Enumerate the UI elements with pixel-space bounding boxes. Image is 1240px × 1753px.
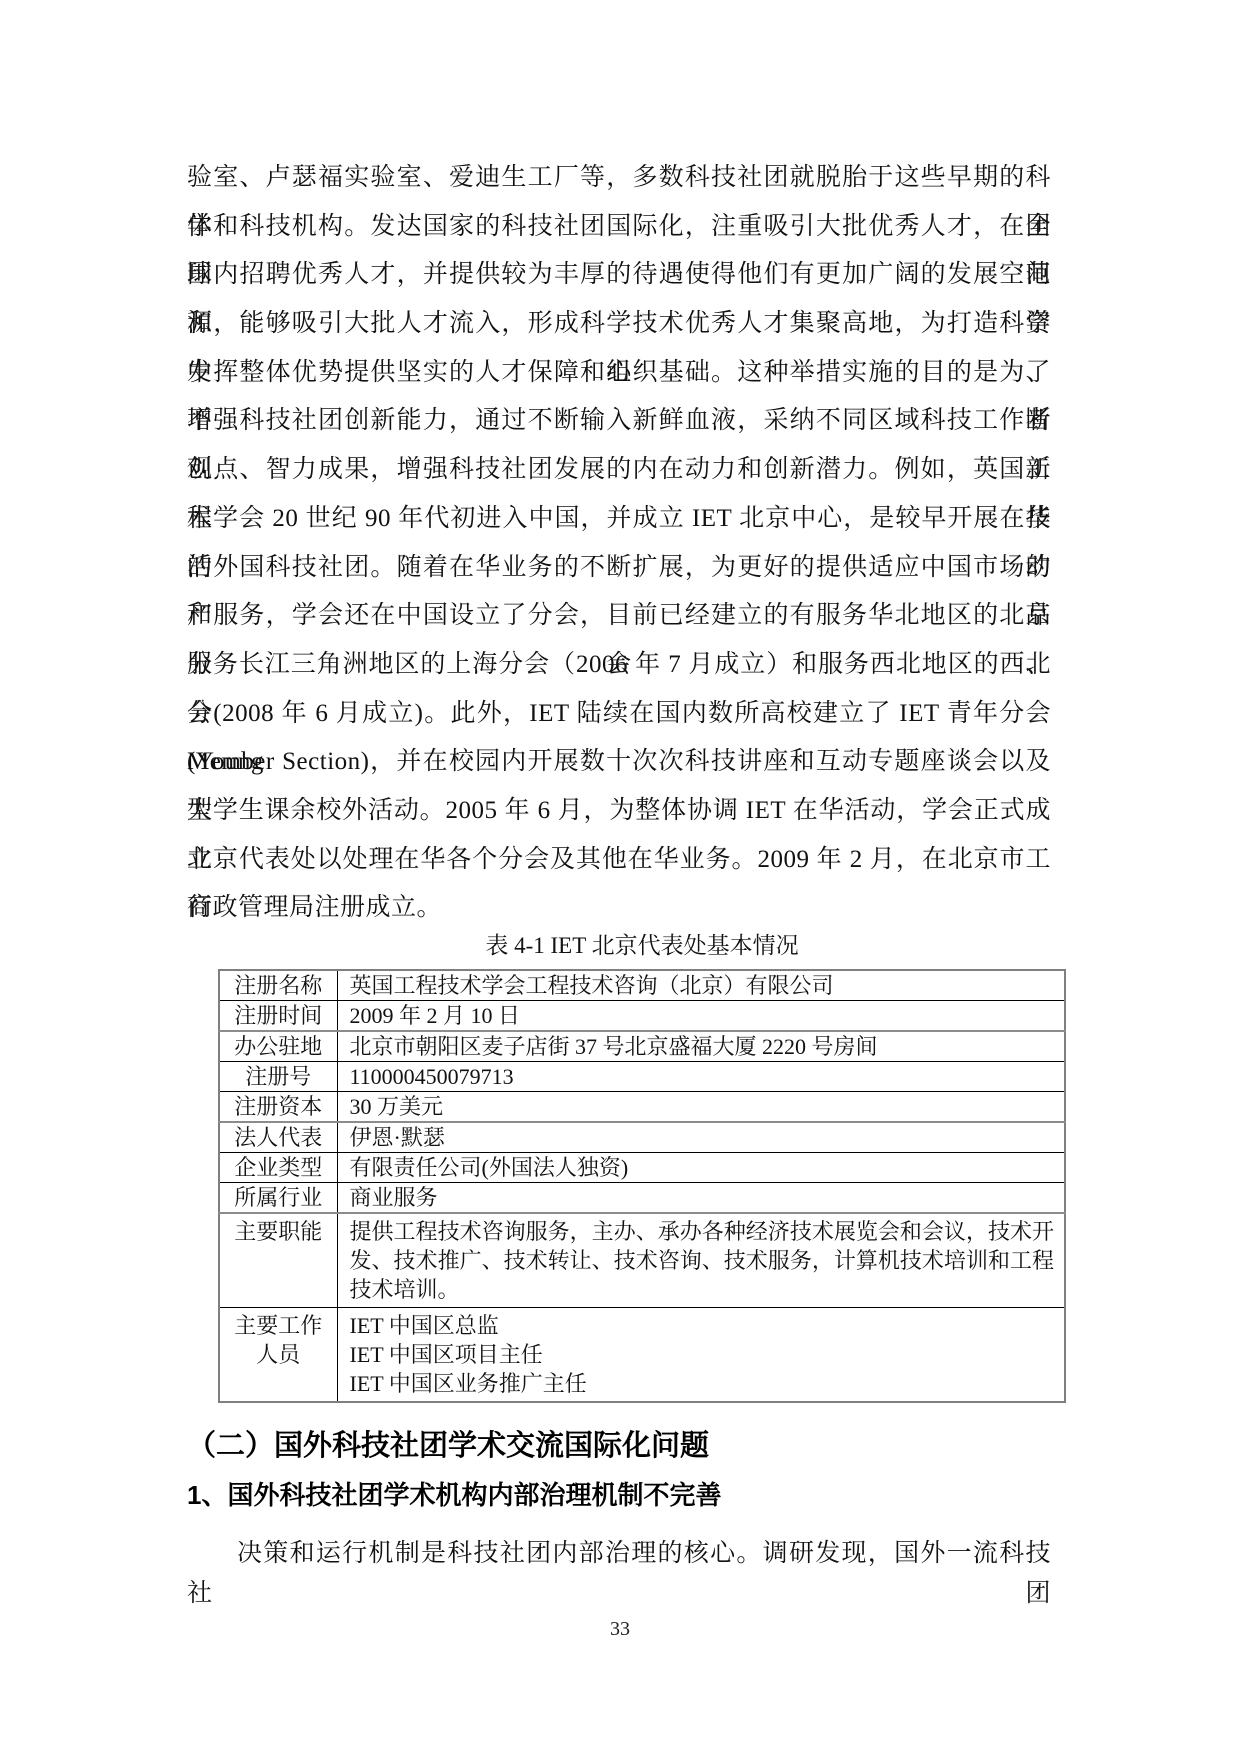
table-row: 注册资本 30 万美元 (219, 1092, 1065, 1123)
row-label-cell: 办公驻地 (219, 1031, 337, 1062)
paragraph-line: 体和科技机构。发达国家的科技社团国际化，注重吸引大批优秀人才，在全球范 (187, 203, 1051, 252)
table-row: 法人代表 伊恩·默瑟 (219, 1122, 1065, 1153)
paragraph-line: 术学会 20 世纪 90 年代初进入中国，并成立 IET 北京中心，是较早开展在… (187, 495, 1051, 544)
row-label-cell: 所属行业 (219, 1183, 337, 1214)
paragraph-line: 行政管理局注册成立。 (187, 884, 1051, 933)
row-value-cell: 北京市朝阳区麦子店街 37 号北京盛福大厦 2220 号房间 (337, 1031, 1065, 1062)
row-label-cell: 注册资本 (219, 1092, 337, 1123)
paragraph-line: 型学生课余校外活动。2005 年 6 月，为整体协调 IET 在华活动，学会正式… (187, 787, 1051, 836)
row-value-cell: 提供工程技术咨询服务，主办、承办各种经济技术展览会和会议，技术开发、技术推广、技… (337, 1213, 1065, 1308)
row-label-cell: 主要职能 (219, 1213, 337, 1308)
paragraph-line: 服务长江三角洲地区的上海分会（2006 年 7 月成立）和服务西北地区的西北分 (187, 641, 1051, 690)
body-paragraph-continued: 验室、卢瑟福实验室、爱迪生工厂等，多数科技社团就脱胎于这些早期的科学团 体和科技… (187, 154, 1051, 933)
table-row: 主要职能 提供工程技术咨询服务，主办、承办各种经济技术展览会和会议，技术开发、技… (219, 1213, 1065, 1308)
section-heading: （二）国外科技社团学术交流国际化问题 (187, 1428, 1087, 1464)
row-value-cell: 伊恩·默瑟 (337, 1122, 1065, 1153)
paragraph-line: 北京代表处以处理在华各个分会及其他在华业务。2009 年 2 月，在北京市工商 (187, 836, 1051, 885)
table-row: 所属行业 商业服务 (219, 1183, 1065, 1214)
paragraph-line: 围内招聘优秀人才，并提供较为丰厚的待遇使得他们有更加广阔的发展空间和资 (187, 251, 1051, 300)
iet-info-table: 注册名称 英国工程技术学会工程技术咨询（北京）有限公司 注册时间 2009 年 … (218, 969, 1066, 1403)
table-caption: 表 4-1 IET 北京代表处基本情况 (218, 931, 1066, 961)
paragraph-line: 源，能够吸引大批人才流入，形成科学技术优秀人才集聚高地，为打造科学中心、 (187, 300, 1051, 349)
paragraph-line: 观点、智力成果，增强科技社团发展的内在动力和创新潜力。例如，英国工程技 (187, 446, 1051, 495)
row-label-cell: 注册号 (219, 1062, 337, 1092)
row-value-cell: 110000450079713 (337, 1062, 1065, 1092)
table-row: 注册名称 英国工程技术学会工程技术咨询（北京）有限公司 (219, 970, 1065, 1001)
row-value-cell: 英国工程技术学会工程技术咨询（北京）有限公司 (337, 970, 1065, 1001)
table-row: 办公驻地 北京市朝阳区麦子店街 37 号北京盛福大厦 2220 号房间 (219, 1031, 1065, 1062)
row-value-cell: 有限责任公司(外国法人独资) (337, 1153, 1065, 1183)
table-row: 企业类型 有限责任公司(外国法人独资) (219, 1153, 1065, 1183)
row-value-cell: IET 中国区总监 IET 中国区项目主任 IET 中国区业务推广主任 (337, 1308, 1065, 1403)
table-row: 主要工作 人员 IET 中国区总监 IET 中国区项目主任 IET 中国区业务推… (219, 1308, 1065, 1403)
row-label-cell: 注册时间 (219, 1001, 337, 1032)
row-label-cell: 企业类型 (219, 1153, 337, 1183)
table-row: 注册号 110000450079713 (219, 1062, 1065, 1092)
subsection-heading: 1、国外科技社团学术机构内部治理机制不完善 (187, 1479, 1087, 1511)
body-paragraph: 决策和运行机制是科技社团内部治理的核心。调研发现，国外一流科技社团 (187, 1534, 1051, 1614)
paragraph-line: 验室、卢瑟福实验室、爱迪生工厂等，多数科技社团就脱胎于这些早期的科学团 (187, 154, 1051, 203)
row-value-cell: 2009 年 2 月 10 日 (337, 1001, 1065, 1032)
row-label-cell: 主要工作 人员 (219, 1308, 337, 1403)
paragraph-line: 的外国科技社团。随着在华业务的不断扩展，为更好的提供适应中国市场的产品 (187, 544, 1051, 593)
document-page: 验室、卢瑟福实验室、爱迪生工厂等，多数科技社团就脱胎于这些早期的科学团 体和科技… (0, 0, 1240, 1753)
paragraph-line: 发挥整体优势提供坚实的人才保障和组织基础。这种举措实施的目的是为了不断 (187, 349, 1051, 398)
row-value-cell: 30 万美元 (337, 1092, 1065, 1123)
row-label-cell: 注册名称 (219, 970, 337, 1001)
table-row: 注册时间 2009 年 2 月 10 日 (219, 1001, 1065, 1032)
paragraph-line: 和服务，学会还在中国设立了分会，目前已经建立的有服务华北地区的北京分会、 (187, 592, 1051, 641)
row-label-cell: 法人代表 (219, 1122, 337, 1153)
row-value-cell: 商业服务 (337, 1183, 1065, 1214)
page-number: 33 (0, 1618, 1240, 1641)
paragraph-line: 增强科技社团创新能力，通过不断输入新鲜血液，采纳不同区域科技工作者创新 (187, 397, 1051, 446)
paragraph-line: Member Section)，并在校园内开展数十次次科技讲座和互动专题座谈会以… (187, 738, 1051, 787)
paragraph-line: 会(2008 年 6 月成立)。此外，IET 陆续在国内数所高校建立了 IET … (187, 690, 1051, 739)
